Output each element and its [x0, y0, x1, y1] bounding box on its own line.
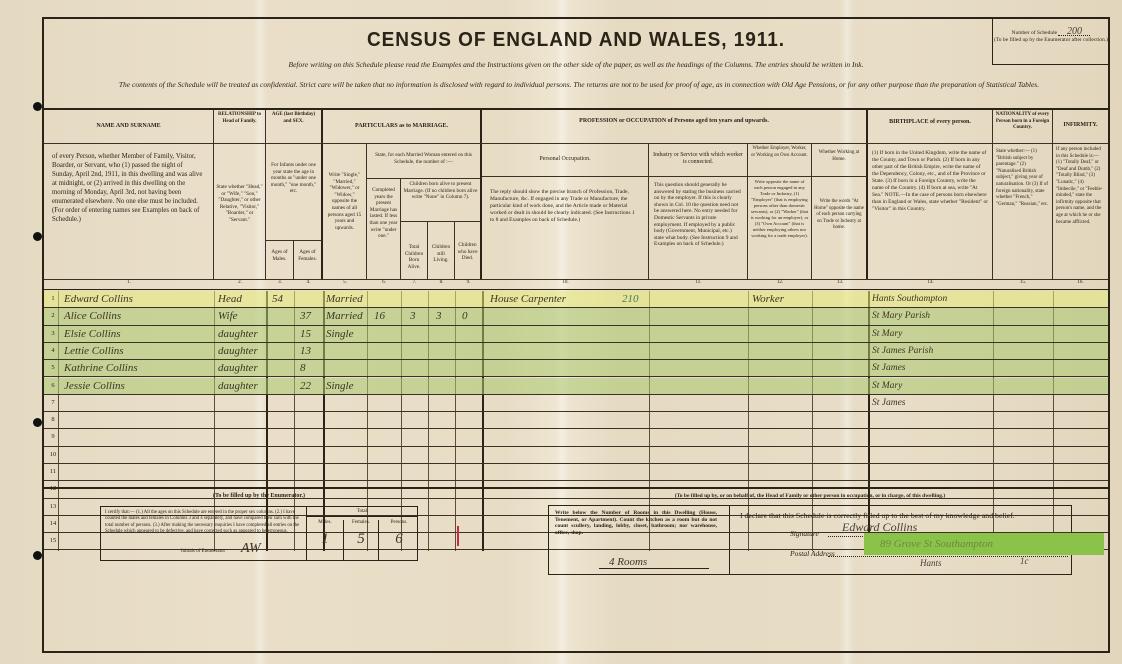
instruction-line: Before writing on this Schedule please r…	[44, 60, 1108, 69]
age-female-cell: 37	[300, 308, 311, 325]
relationship-cell: daughter	[218, 378, 258, 395]
row-number: 7	[47, 399, 59, 406]
head-title: (To be filled up by, or on behalf of, th…	[548, 493, 1072, 499]
header-birthplace: BIRTHPLACE of every person.	[868, 110, 993, 143]
birthplace-cell: St Mary	[872, 378, 902, 395]
age-female-cell: 13	[300, 343, 311, 360]
confidential-line: The contents of the Schedule will be tre…	[54, 79, 1104, 90]
table-row: 8	[44, 412, 1108, 429]
header-industry: Industry or Service with which worker is…	[649, 144, 748, 176]
header-industry-desc: This question should generally be answer…	[649, 176, 748, 279]
header-infirmity-desc: If any person included in this Schedule …	[1053, 144, 1108, 279]
enumerator-box: I certify that:— (1.) All the ages on th…	[100, 506, 418, 561]
relationship-cell: daughter	[218, 326, 258, 343]
rooms-line	[599, 568, 709, 569]
persons-total: 6	[379, 531, 419, 548]
header-married-woman: State, for each Married Woman entered on…	[367, 144, 482, 178]
employer-cell: Worker	[752, 291, 784, 308]
schedule-number-label: Number of Schedule	[1012, 30, 1058, 36]
children-living-cell: 3	[436, 308, 442, 325]
age-female-cell: 15	[300, 326, 311, 343]
table-row: 2Alice CollinsWife37Married16330St Mary …	[44, 308, 1108, 325]
birthplace-cell: St James Parish	[872, 343, 933, 360]
head-declaration-box: Write below the Number of Rooms in this …	[548, 505, 1072, 575]
table-row: 4Lettie Collinsdaughter13St James Parish	[44, 343, 1108, 360]
total-label: Total.	[307, 507, 418, 517]
years-married-cell: 16	[374, 308, 385, 325]
males-label: Males.	[307, 520, 343, 525]
row-number: 11	[47, 468, 59, 475]
marital-status-cell: Married	[326, 308, 363, 325]
rooms-instruction: Write below the Number of Rooms in this …	[555, 510, 717, 536]
row-number: 2	[47, 312, 59, 319]
age-female-cell: 22	[300, 378, 311, 395]
header-employer-desc: Write opposite the name of each person e…	[748, 176, 812, 279]
header-name-desc: of every Person, whether Member of Famil…	[44, 144, 214, 279]
col-num: 3.	[266, 280, 294, 285]
row-number: 5	[47, 364, 59, 371]
enumerator-certify: I certify that:— (1.) All the ages on th…	[105, 510, 305, 535]
relationship-cell: daughter	[218, 360, 258, 377]
table-row: 9	[44, 429, 1108, 446]
col-num: 14.	[868, 280, 993, 285]
marital-status-cell: Single	[326, 326, 354, 343]
occupation-code-cell: 210	[622, 291, 639, 308]
females-total: 5	[343, 531, 379, 548]
binding-hole	[33, 551, 42, 560]
col-num: 11.	[649, 280, 748, 285]
relationship-cell: Head	[218, 291, 242, 308]
row-number: 8	[47, 416, 59, 423]
relationship-cell: daughter	[218, 343, 258, 360]
row-number: 1	[47, 295, 59, 302]
name-cell: Elsie Collins	[64, 326, 121, 343]
header-children-born: Children born alive to present Marriage.…	[401, 178, 482, 221]
address-line2: Hants	[920, 558, 942, 568]
table-row: 6Jessie Collinsdaughter22SingleSt Mary	[44, 378, 1108, 395]
header-relationship: RELATIONSHIP to Head of Family.	[214, 110, 266, 143]
col-num: 4.	[294, 280, 323, 285]
schedule-number-note: (To be filled up by the Enumerator after…	[993, 37, 1109, 44]
age-desc-text: For Infants under one year state the age…	[271, 162, 317, 194]
schedule-number-value: 200	[1058, 28, 1090, 36]
header-completed-years: Completed years the present Marriage has…	[367, 178, 401, 279]
header-personal-occupation: Personal Occupation.	[482, 144, 649, 176]
persons-label: Persons.	[379, 520, 419, 525]
col-num: 9.	[455, 280, 482, 285]
address-mark: 1c	[1020, 556, 1029, 566]
birthplace-cell: Hants Southampton	[872, 291, 947, 308]
header-age: AGE (last Birthday) and SEX.	[266, 110, 323, 143]
males-total: 1	[307, 531, 343, 548]
header-personal-occupation-desc: The reply should show the precise branch…	[482, 176, 649, 279]
birthplace-overflow: St James	[872, 395, 906, 412]
col-num: 10.	[482, 280, 649, 285]
header-birthplace-desc: (1) If born in the United Kingdom, write…	[868, 144, 993, 279]
header-marriage-desc: Write "Single," "Married," "Widower," or…	[323, 144, 367, 279]
header-have-died: Children who have Died.	[455, 221, 482, 279]
table-row: 1Edward CollinsHead54MarriedHouse Carpen…	[44, 291, 1108, 308]
header-total-born: Total Children Born Alive.	[401, 221, 428, 279]
row-number: 10	[47, 451, 59, 458]
declaration-area: I declare that this Schedule is correctl…	[729, 506, 1071, 574]
header-name: NAME AND SURNAME	[44, 110, 214, 143]
col-num: 8.	[428, 280, 455, 285]
name-cell: Jessie Collins	[64, 378, 125, 395]
header-nationality-desc: State whether:— (1) "British subject by …	[993, 144, 1053, 279]
address-line	[828, 556, 1068, 557]
name-cell: Edward Collins	[64, 291, 133, 308]
col-num: 15.	[993, 280, 1053, 285]
header-still-living: Children still Living.	[428, 221, 455, 279]
col-num: 2.	[214, 280, 266, 285]
header-at-home-desc: Write the words "At Home" opposite the n…	[812, 176, 868, 279]
header-age-males: Ages of Males.	[266, 240, 294, 279]
children-died-cell: 0	[462, 308, 468, 325]
row-number: 6	[47, 382, 59, 389]
birthplace-cell: St Mary	[872, 326, 902, 343]
col-num: 16.	[1053, 280, 1108, 285]
declaration-text: I declare that this Schedule is correctl…	[740, 511, 1015, 520]
table-row: 3Elsie Collinsdaughter15SingleSt Mary	[44, 326, 1108, 343]
red-tally-mark	[457, 526, 459, 546]
age-male-cell: 54	[272, 291, 283, 308]
address-value[interactable]: 89 Grove St Southampton	[880, 538, 993, 550]
signature-label: Signature	[790, 529, 819, 538]
table-row: 7	[44, 395, 1108, 412]
binding-hole	[33, 232, 42, 241]
schedule-frame: CENSUS OF ENGLAND AND WALES, 1911. Befor…	[42, 17, 1110, 653]
col-num: 7.	[401, 280, 428, 285]
col-num: 6.	[367, 280, 401, 285]
col-num: 12.	[748, 280, 812, 285]
binding-hole	[33, 418, 42, 427]
children-born-cell: 3	[410, 308, 416, 325]
col-num: 5.	[323, 280, 367, 285]
table-row: 5Kathrine Collinsdaughter8St James	[44, 360, 1108, 377]
row-number: 4	[47, 347, 59, 354]
name-cell: Kathrine Collins	[64, 360, 138, 377]
header-marriage: PARTICULARS as to MARRIAGE.	[323, 110, 482, 143]
header-profession: PROFESSION or OCCUPATION of Persons aged…	[482, 110, 868, 143]
relationship-cell: Wife	[218, 308, 238, 325]
table-row: 11	[44, 464, 1108, 481]
birthplace-cell: St Mary Parish	[872, 308, 930, 325]
header-age-females: Ages of Females.	[294, 240, 323, 279]
birthplace-cell: St James	[872, 360, 906, 377]
header-infirmity: INFIRMITY.	[1053, 110, 1108, 143]
footer-section: (To be filled up by the Enumerator.) I c…	[44, 487, 1108, 655]
marital-status-cell: Married	[326, 291, 363, 308]
header-employer: Whether Employer, Worker, or Working on …	[748, 144, 812, 176]
col-num: 1.	[44, 280, 214, 285]
row-number: 9	[47, 433, 59, 440]
table-row: 10	[44, 447, 1108, 464]
document-title: CENSUS OF ENGLAND AND WALES, 1911.	[71, 29, 1082, 52]
col-num: 13.	[812, 280, 868, 285]
column-number-row: 1. 2. 3. 4. 5. 6. 7. 8. 9. 10. 11. 12. 1…	[44, 280, 1108, 290]
binding-hole	[33, 102, 42, 111]
census-table: NAME AND SURNAME RELATIONSHIP to Head of…	[44, 108, 1108, 487]
rooms-value: 4 Rooms	[609, 556, 647, 568]
totals-box: Total. Males. Females. Persons. 1 5 6	[306, 507, 418, 560]
schedule-number-box: Number of Schedule 200 (To be filled up …	[992, 17, 1110, 65]
header-relationship-desc: State whether "Head," or "Wife," "Son," …	[214, 144, 266, 279]
header-nationality: NATIONALITY of every Person born in a Fo…	[993, 110, 1053, 143]
name-cell: Alice Collins	[64, 308, 121, 325]
initials-value: AW	[241, 541, 261, 557]
row-number: 3	[47, 330, 59, 337]
name-cell: Lettie Collins	[64, 343, 124, 360]
age-female-cell: 8	[300, 360, 306, 377]
header-at-home: Whether Working at Home.	[812, 144, 868, 176]
marital-status-cell: Single	[326, 378, 354, 395]
enumerator-title: (To be filled up by the Enumerator.)	[100, 493, 418, 499]
initials-label: Initials of Enumerator	[181, 549, 225, 554]
occupation-cell: House Carpenter	[490, 291, 566, 308]
